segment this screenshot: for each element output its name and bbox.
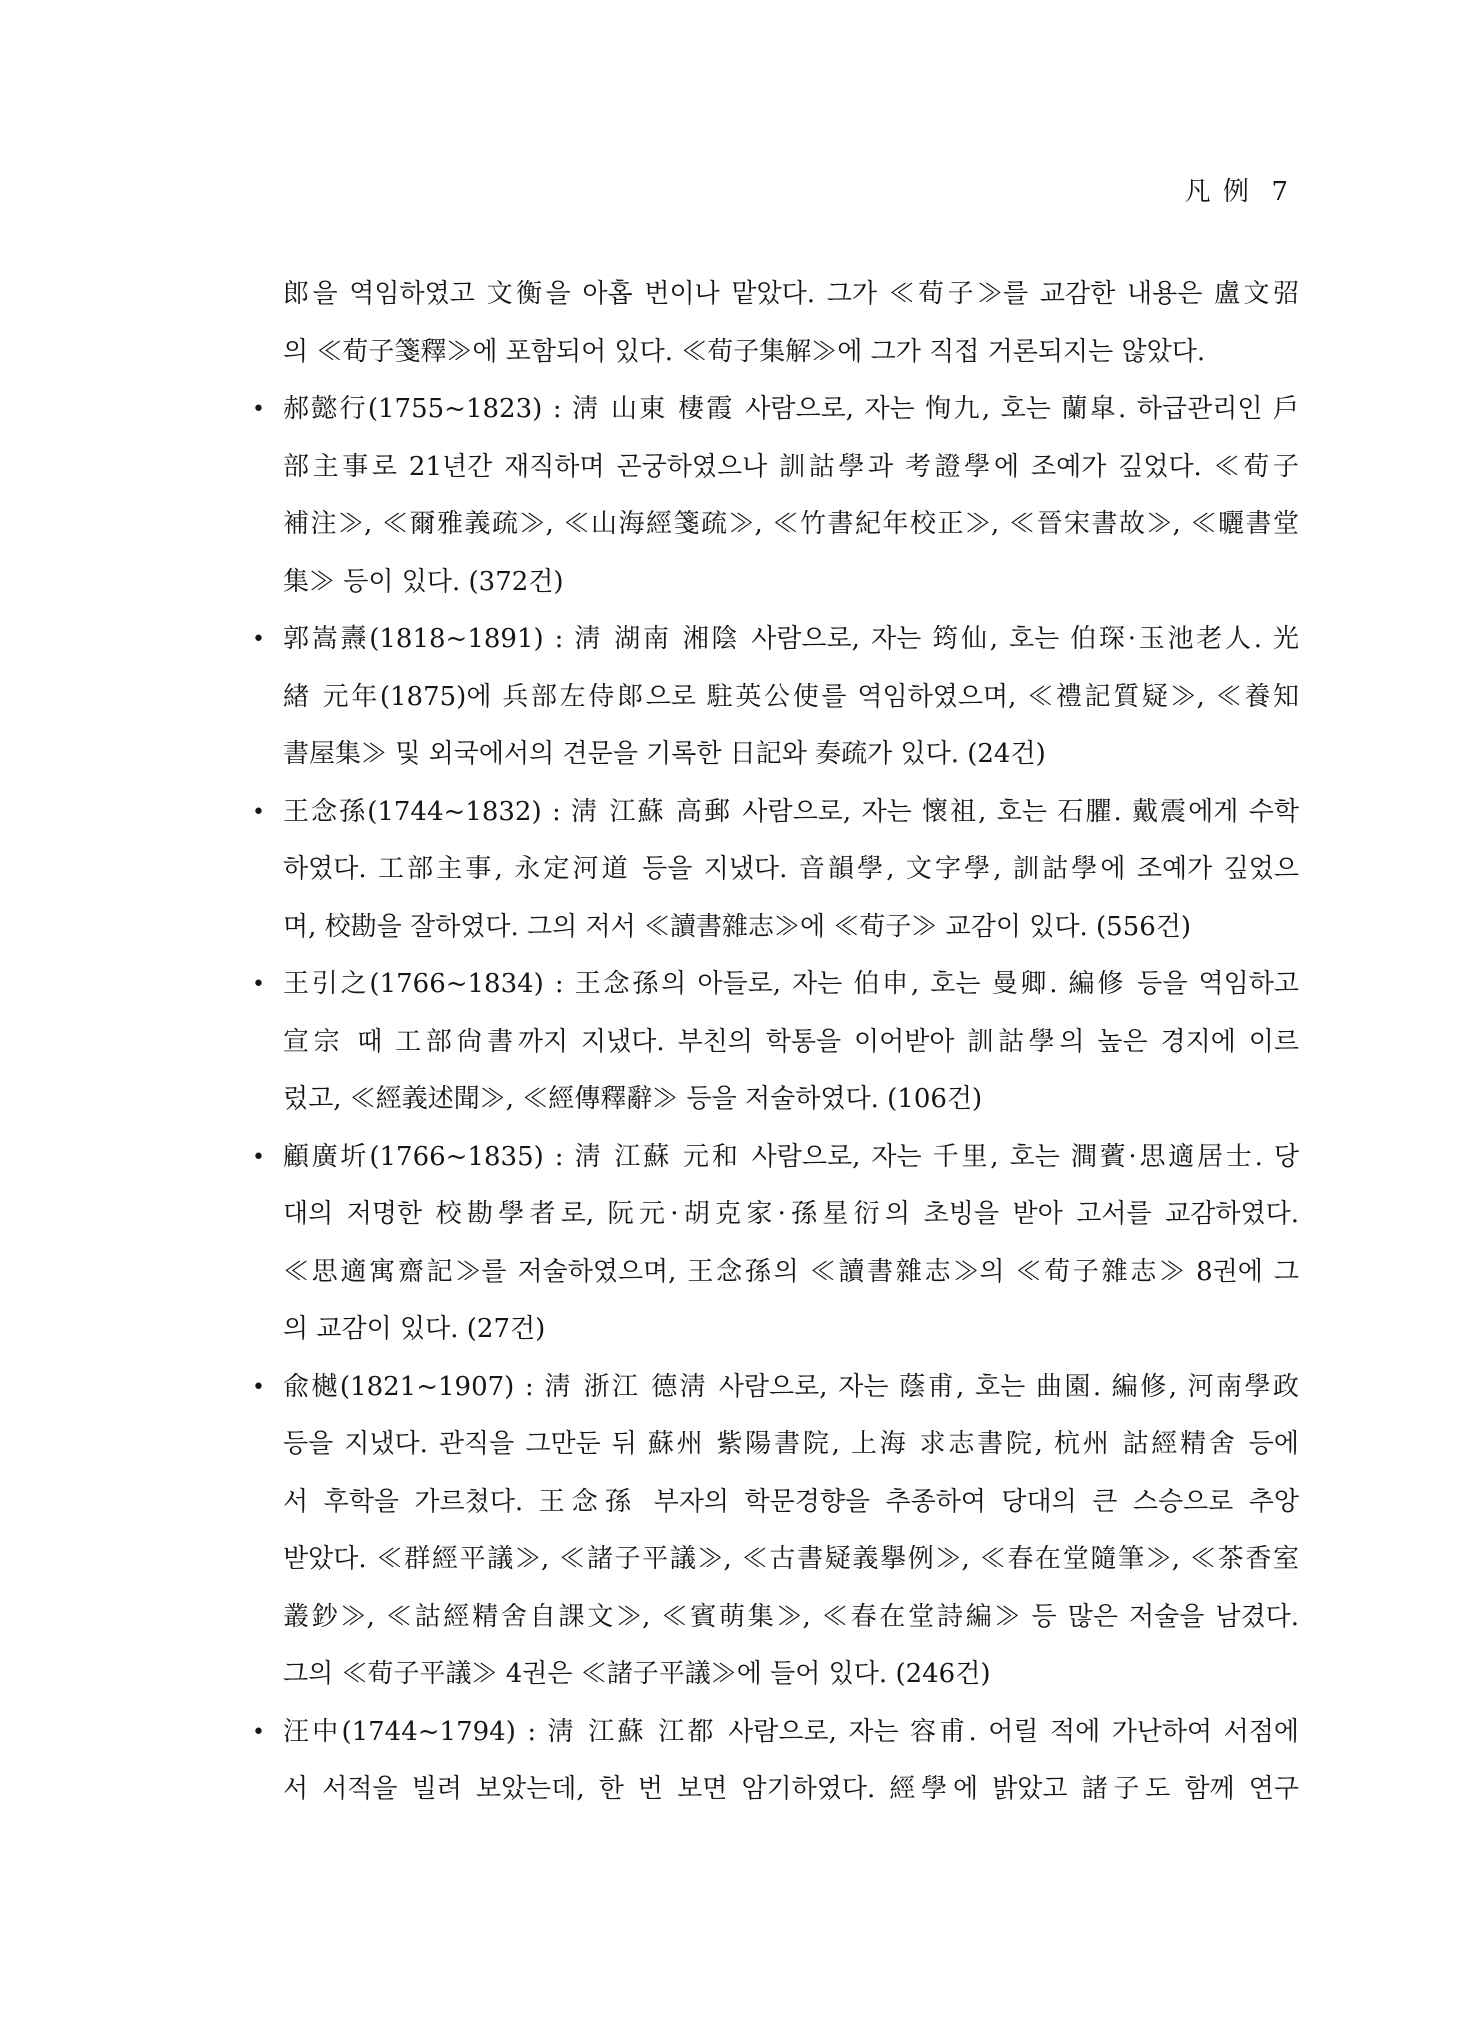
text-line-content: 顧廣圻(1766~1835) : 淸 江蘇 元和 사람으로, 자는 千里, 호는… — [283, 1142, 1299, 1172]
text-line-content: 郝懿行(1755~1823) : 淸 山東 棲霞 사람으로, 자는 恂九, 호는… — [283, 394, 1299, 424]
text-line-content: ≪思適寓齋記≫를 저술하였으며, 王念孫의 ≪讀書雜志≫의 ≪荀子雜志≫ 8권에… — [283, 1257, 1299, 1287]
text-line-content: 書屋集≫ 및 외국에서의 견문을 기록한 日記와 奏疏가 있다. (24건) — [283, 739, 1046, 769]
text-line: 郎을 역임하였고 文衡을 아홉 번이나 맡았다. 그가 ≪荀子≫를 교감한 내용… — [283, 266, 1299, 324]
text-line: •王念孫(1744~1832) : 淸 江蘇 高郵 사람으로, 자는 懷祖, 호… — [283, 784, 1299, 842]
text-line: 宣宗 때 工部尙書까지 지냈다. 부친의 학통을 이어받아 訓詁學의 높은 경지… — [283, 1014, 1299, 1072]
bullet-marker: • — [252, 611, 265, 669]
text-line-content: 등을 지냈다. 관직을 그만둔 뒤 蘇州 紫陽書院, 上海 求志書院, 杭州 詁… — [283, 1429, 1299, 1459]
entry-paragraph: •顧廣圻(1766~1835) : 淸 江蘇 元和 사람으로, 자는 千里, 호… — [283, 1129, 1299, 1359]
text-line-content: 部主事로 21년간 재직하며 곤궁하였으나 訓詁學과 考證學에 조예가 깊었다.… — [283, 452, 1299, 482]
entry-paragraph: •王念孫(1744~1832) : 淸 江蘇 高郵 사람으로, 자는 懷祖, 호… — [283, 784, 1299, 957]
text-line-content: 兪樾(1821~1907) : 淸 浙江 德淸 사람으로, 자는 蔭甫, 호는 … — [283, 1372, 1299, 1402]
text-line: 받았다. ≪群經平議≫, ≪諸子平議≫, ≪古書疑義擧例≫, ≪春在堂隨筆≫, … — [283, 1531, 1299, 1589]
text-line-content: 대의 저명한 校勘學者로, 阮元·胡克家·孫星衍의 초빙을 받아 고서를 교감하… — [283, 1199, 1299, 1229]
text-line-content: 叢鈔≫, ≪詁經精舍自課文≫, ≪賓萌集≫, ≪春在堂詩編≫ 등 많은 저술을 … — [283, 1602, 1299, 1632]
text-line-content: 의 ≪荀子箋釋≫에 포함되어 있다. ≪荀子集解≫에 그가 직접 거론되지는 않… — [283, 337, 1205, 367]
text-line-content: 補注≫, ≪爾雅義疏≫, ≪山海經箋疏≫, ≪竹書紀年校正≫, ≪晉宋書故≫, … — [283, 509, 1299, 539]
text-line-content: 의 교감이 있다. (27건) — [283, 1314, 545, 1344]
text-line-content: 集≫ 등이 있다. (372건) — [283, 567, 564, 597]
text-line: 그의 ≪荀子平議≫ 4권은 ≪諸子平議≫에 들어 있다. (246건) — [283, 1646, 1299, 1704]
text-line-content: 받았다. ≪群經平議≫, ≪諸子平議≫, ≪古書疑義擧例≫, ≪春在堂隨筆≫, … — [283, 1544, 1299, 1574]
entry-paragraph: •郝懿行(1755~1823) : 淸 山東 棲霞 사람으로, 자는 恂九, 호… — [283, 381, 1299, 611]
text-line-content: 緖 元年(1875)에 兵部左侍郞으로 駐英公使를 역임하였으며, ≪禮記質疑≫… — [283, 682, 1299, 712]
text-line: 緖 元年(1875)에 兵部左侍郞으로 駐英公使를 역임하였으며, ≪禮記質疑≫… — [283, 669, 1299, 727]
text-line: •王引之(1766~1834) : 王念孫의 아들로, 자는 伯申, 호는 曼卿… — [283, 956, 1299, 1014]
text-line-content: 그의 ≪荀子平議≫ 4권은 ≪諸子平議≫에 들어 있다. (246건) — [283, 1659, 990, 1689]
text-line: •郭嵩燾(1818~1891) : 淸 湖南 湘陰 사람으로, 자는 筠仙, 호… — [283, 611, 1299, 669]
text-line: 部主事로 21년간 재직하며 곤궁하였으나 訓詁學과 考證學에 조예가 깊었다.… — [283, 439, 1299, 497]
text-line: 서 후학을 가르쳤다. 王念孫 부자의 학문경향을 추종하여 당대의 큰 스승으… — [283, 1474, 1299, 1532]
text-line: 렀고, ≪經義述聞≫, ≪經傳釋辭≫ 등을 저술하였다. (106건) — [283, 1071, 1299, 1129]
text-line-content: 서 서적을 빌려 보았는데, 한 번 보면 암기하였다. 經學에 밝았고 諸子도… — [283, 1774, 1299, 1804]
text-line: 補注≫, ≪爾雅義疏≫, ≪山海經箋疏≫, ≪竹書紀年校正≫, ≪晉宋書故≫, … — [283, 496, 1299, 554]
text-line: 書屋集≫ 및 외국에서의 견문을 기록한 日記와 奏疏가 있다. (24건) — [283, 726, 1299, 784]
bullet-marker: • — [252, 956, 265, 1014]
text-line: 의 ≪荀子箋釋≫에 포함되어 있다. ≪荀子集解≫에 그가 직접 거론되지는 않… — [283, 324, 1299, 382]
bullet-marker: • — [252, 784, 265, 842]
entry-paragraph: •汪中(1744~1794) : 淸 江蘇 江都 사람으로, 자는 容甫. 어릴… — [283, 1704, 1299, 1819]
text-line: ≪思適寓齋記≫를 저술하였으며, 王念孫의 ≪讀書雜志≫의 ≪荀子雜志≫ 8권에… — [283, 1244, 1299, 1302]
bullet-marker: • — [252, 1129, 265, 1187]
entry-paragraph: •王引之(1766~1834) : 王念孫의 아들로, 자는 伯申, 호는 曼卿… — [283, 956, 1299, 1129]
text-line: 대의 저명한 校勘學者로, 阮元·胡克家·孫星衍의 초빙을 받아 고서를 교감하… — [283, 1186, 1299, 1244]
text-line: 하였다. 工部主事, 永定河道 등을 지냈다. 音韻學, 文字學, 訓詁學에 조… — [283, 841, 1299, 899]
text-line: 등을 지냈다. 관직을 그만둔 뒤 蘇州 紫陽書院, 上海 求志書院, 杭州 詁… — [283, 1416, 1299, 1474]
text-line-content: 렀고, ≪經義述聞≫, ≪經傳釋辭≫ 등을 저술하였다. (106건) — [283, 1084, 982, 1114]
text-line: 서 서적을 빌려 보았는데, 한 번 보면 암기하였다. 經學에 밝았고 諸子도… — [283, 1761, 1299, 1819]
text-line-content: 며, 校勘을 잘하였다. 그의 저서 ≪讀書雜志≫에 ≪荀子≫ 교감이 있다. … — [283, 912, 1191, 942]
continuation-paragraph: 郎을 역임하였고 文衡을 아홉 번이나 맡았다. 그가 ≪荀子≫를 교감한 내용… — [283, 266, 1299, 381]
text-line-content: 하였다. 工部主事, 永定河道 등을 지냈다. 音韻學, 文字學, 訓詁學에 조… — [283, 854, 1299, 884]
text-line: •顧廣圻(1766~1835) : 淸 江蘇 元和 사람으로, 자는 千里, 호… — [283, 1129, 1299, 1187]
text-line: •郝懿行(1755~1823) : 淸 山東 棲霞 사람으로, 자는 恂九, 호… — [283, 381, 1299, 439]
text-line-content: 王引之(1766~1834) : 王念孫의 아들로, 자는 伯申, 호는 曼卿.… — [283, 969, 1299, 999]
book-page: 凡 例 7 郎을 역임하였고 文衡을 아홉 번이나 맡았다. 그가 ≪荀子≫를 … — [0, 0, 1480, 2024]
running-header: 凡 例 7 — [0, 176, 1290, 208]
bullet-marker: • — [252, 1704, 265, 1762]
text-line: •兪樾(1821~1907) : 淸 浙江 德淸 사람으로, 자는 蔭甫, 호는… — [283, 1359, 1299, 1417]
bullet-marker: • — [252, 381, 265, 439]
bullet-marker: • — [252, 1359, 265, 1417]
text-line: 의 교감이 있다. (27건) — [283, 1301, 1299, 1359]
text-line-content: 郭嵩燾(1818~1891) : 淸 湖南 湘陰 사람으로, 자는 筠仙, 호는… — [283, 624, 1299, 654]
text-line-content: 郎을 역임하였고 文衡을 아홉 번이나 맡았다. 그가 ≪荀子≫를 교감한 내용… — [283, 279, 1299, 309]
text-line: 集≫ 등이 있다. (372건) — [283, 554, 1299, 612]
text-block: 郎을 역임하였고 文衡을 아홉 번이나 맡았다. 그가 ≪荀子≫를 교감한 내용… — [283, 266, 1299, 1819]
text-line-content: 汪中(1744~1794) : 淸 江蘇 江都 사람으로, 자는 容甫. 어릴 … — [283, 1717, 1299, 1747]
text-line: 叢鈔≫, ≪詁經精舍自課文≫, ≪賓萌集≫, ≪春在堂詩編≫ 등 많은 저술을 … — [283, 1589, 1299, 1647]
entry-paragraph: •兪樾(1821~1907) : 淸 浙江 德淸 사람으로, 자는 蔭甫, 호는… — [283, 1359, 1299, 1704]
text-line: •汪中(1744~1794) : 淸 江蘇 江都 사람으로, 자는 容甫. 어릴… — [283, 1704, 1299, 1762]
text-line: 며, 校勘을 잘하였다. 그의 저서 ≪讀書雜志≫에 ≪荀子≫ 교감이 있다. … — [283, 899, 1299, 957]
entry-paragraph: •郭嵩燾(1818~1891) : 淸 湖南 湘陰 사람으로, 자는 筠仙, 호… — [283, 611, 1299, 784]
text-line-content: 宣宗 때 工部尙書까지 지냈다. 부친의 학통을 이어받아 訓詁學의 높은 경지… — [283, 1027, 1299, 1057]
text-line-content: 서 후학을 가르쳤다. 王念孫 부자의 학문경향을 추종하여 당대의 큰 스승으… — [283, 1487, 1299, 1517]
text-line-content: 王念孫(1744~1832) : 淸 江蘇 高郵 사람으로, 자는 懷祖, 호는… — [283, 797, 1299, 827]
